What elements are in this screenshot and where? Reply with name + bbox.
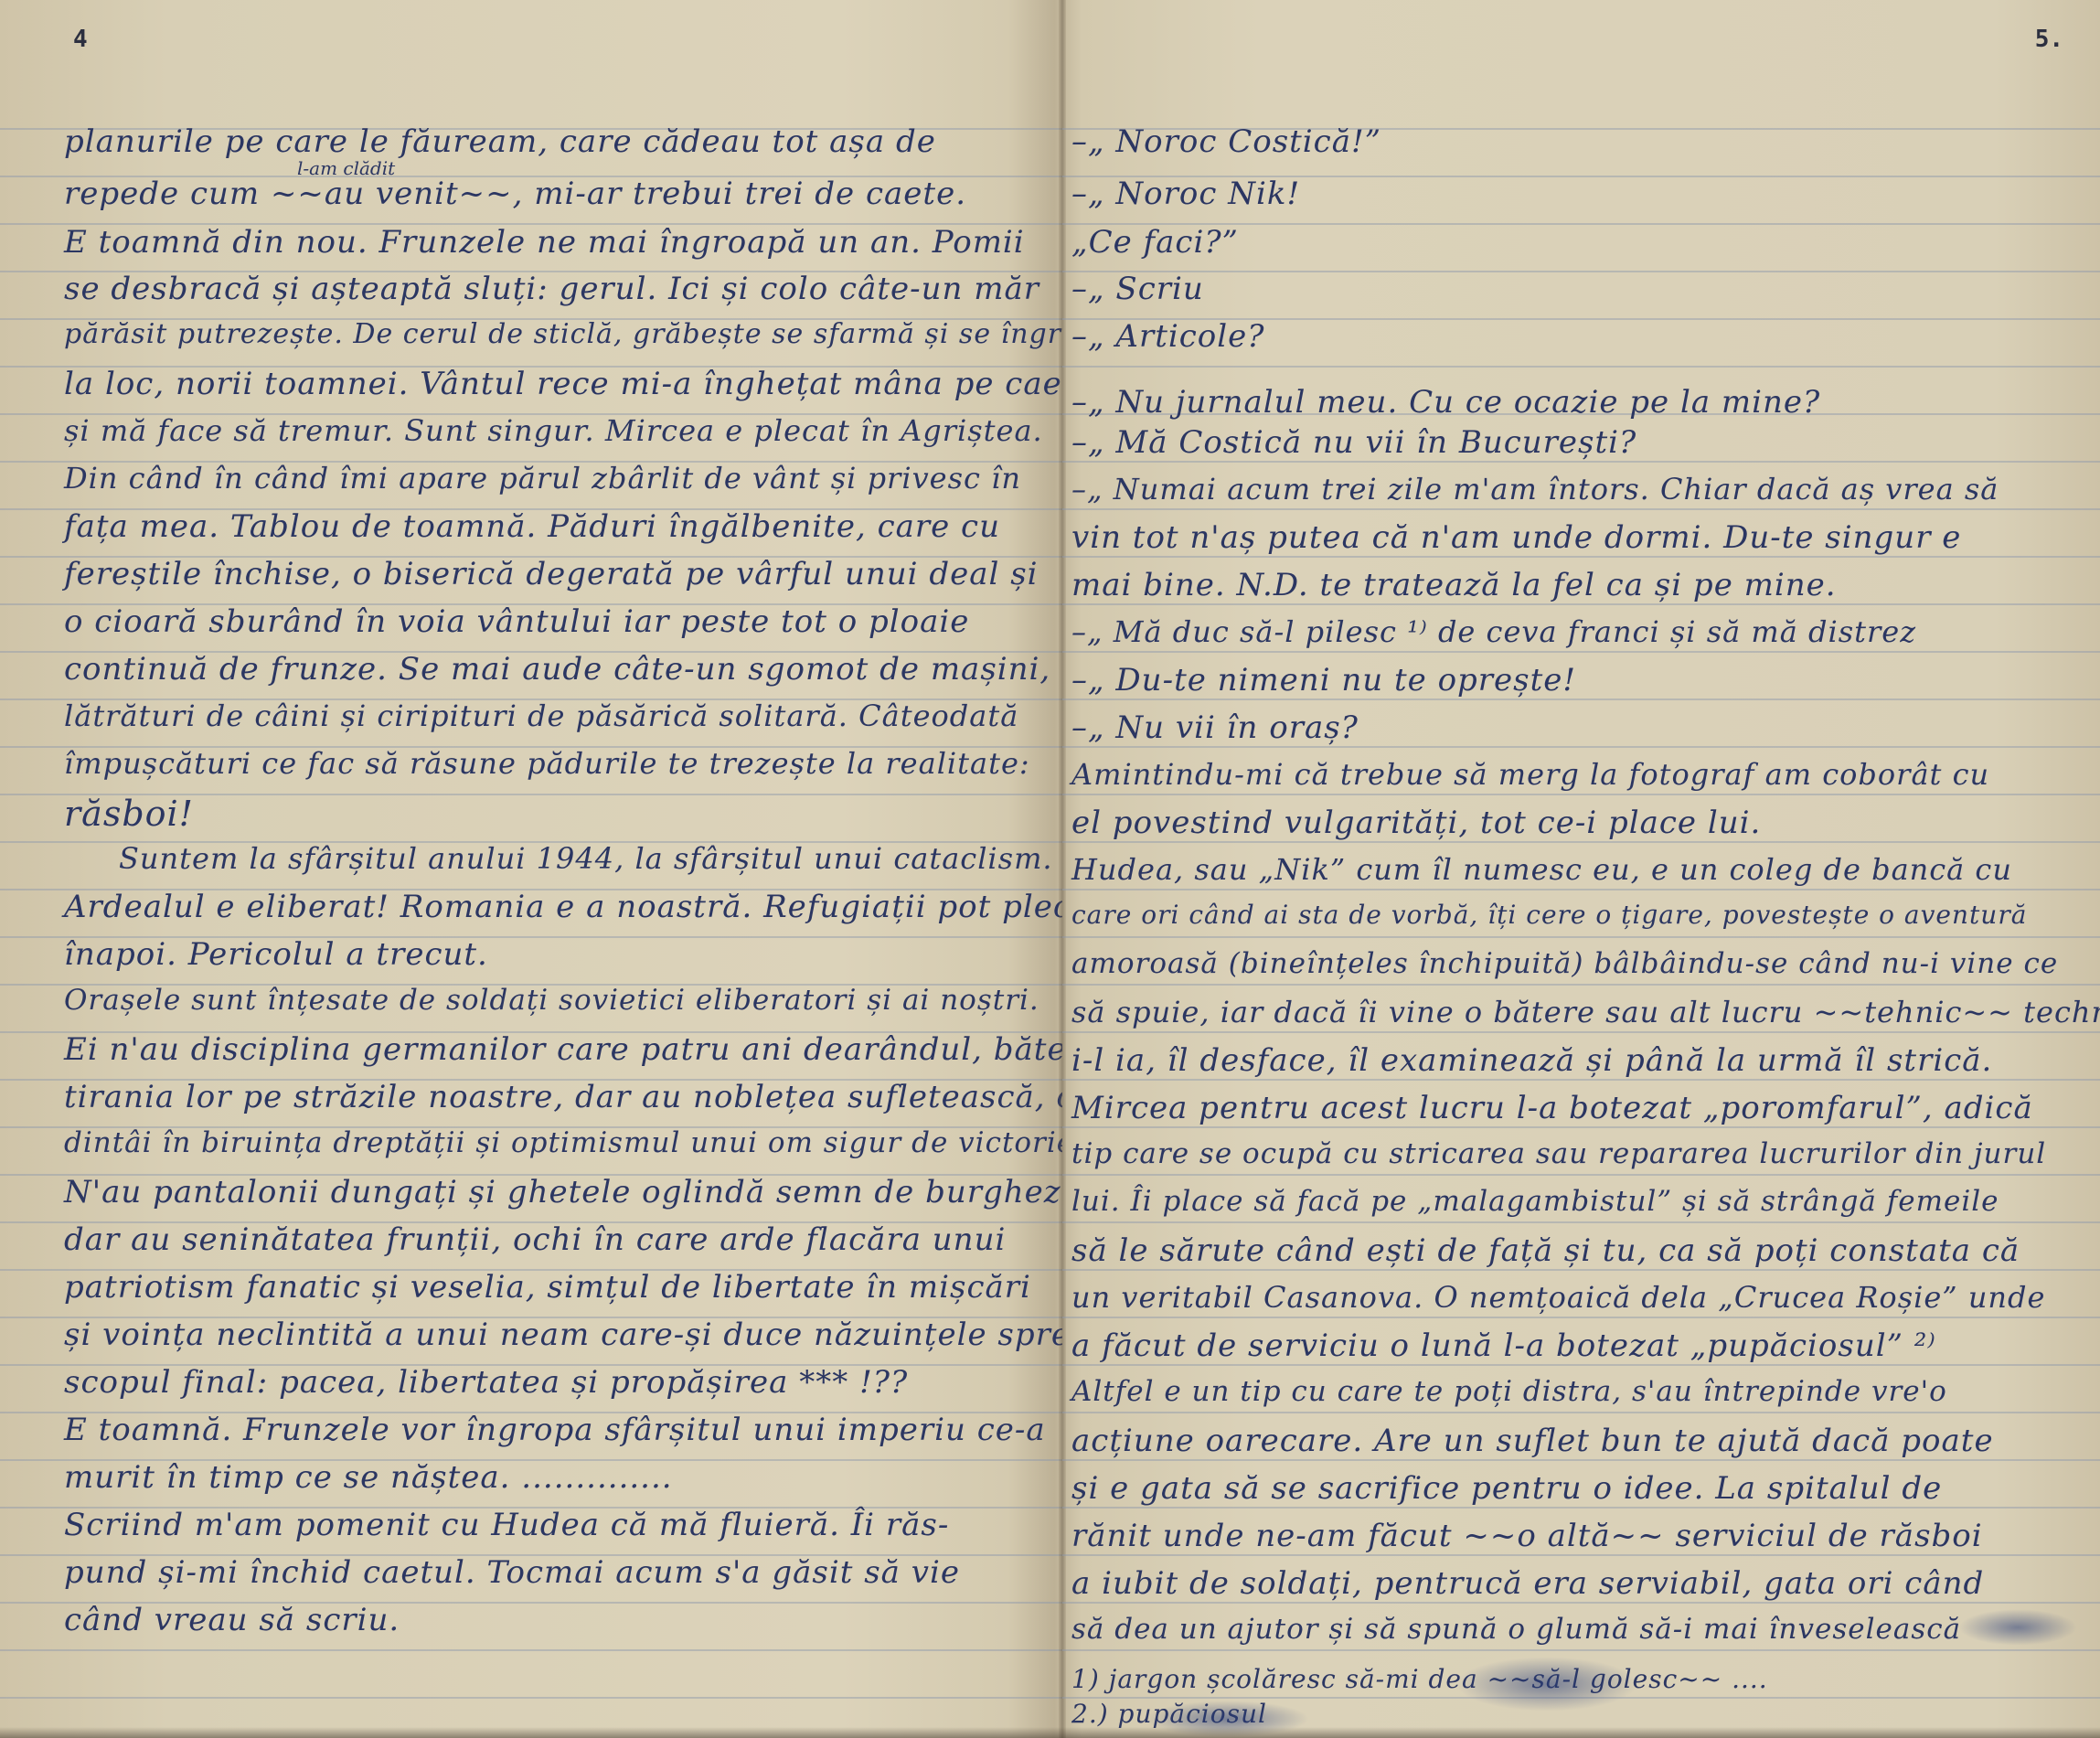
- page-number: 4: [73, 26, 88, 53]
- text-line: Orașele sunt înțesate de soldați sovieti…: [64, 984, 1039, 1017]
- text-line: repede cum ~~au venit~~, mi-ar trebui tr…: [64, 176, 966, 212]
- text-line: acțiune oarecare. Are un suflet bun te a…: [1071, 1423, 1994, 1459]
- text-line: Amintindu-mi că trebue să merg la fotogr…: [1071, 757, 1989, 792]
- text-line: a făcut de serviciu o lună l-a botezat „…: [1071, 1327, 1936, 1364]
- text-line: murit în timp ce se năștea. ............…: [64, 1459, 673, 1496]
- dialogue-line: –„ Mă Costică nu vii în București?: [1071, 424, 1636, 461]
- text-line: să spuie, iar dacă îi vine o bătere sau …: [1071, 995, 2100, 1029]
- dialogue-line: –„ Nu jurnalul meu. Cu ce ocazie pe la m…: [1071, 384, 1820, 421]
- ink-smudge: [1958, 1609, 2077, 1646]
- right-page: 5. –„ Noroc Costică!” –„ Noroc Nik! „Ce …: [1062, 0, 2100, 1738]
- dialogue-line: –„ Noroc Nik!: [1071, 176, 1300, 212]
- dialogue-line: –„ Articole?: [1071, 318, 1265, 355]
- text-line: și e gata să se sacrifice pentru o idee.…: [1071, 1470, 1942, 1507]
- ink-smudge: [1455, 1657, 1638, 1711]
- text-line: Mircea pentru acest lucru l-a botezat „p…: [1071, 1090, 2033, 1126]
- text-line: când vreau să scriu.: [64, 1602, 400, 1638]
- text-line: rănit unde ne-am făcut ~~o altă~~ servic…: [1071, 1518, 1983, 1554]
- dialogue-line: –„ Scriu: [1071, 271, 1204, 307]
- text-line: o cioară sburând în voia vântului iar pe…: [64, 603, 969, 640]
- text-line: scopul final: pacea, libertatea și propă…: [64, 1364, 908, 1401]
- text-line: E toamnă. Frunzele vor îngropa sfârșitul…: [64, 1412, 1046, 1448]
- text-line: și voința neclintită a unui neam care-și…: [64, 1317, 1062, 1353]
- text-line: el povestind vulgarități, tot ce-i place…: [1071, 805, 1761, 841]
- dialogue-line: mai bine. N.D. te tratează la fel ca și …: [1071, 567, 1837, 603]
- text-line: pund și-mi închid caetul. Tocmai acum s'…: [64, 1554, 960, 1591]
- text-line: dintâi în biruința dreptății și optimism…: [64, 1126, 1062, 1159]
- text-line: E toamnă din nou. Frunzele ne mai îngroa…: [64, 224, 1025, 261]
- dialogue-line: –„ Numai acum trei zile m'am întors. Chi…: [1071, 472, 1999, 506]
- text-line: N'au pantalonii dungați și ghetele oglin…: [64, 1174, 1062, 1210]
- text-line: răsboi!: [64, 794, 194, 834]
- text-line: fața mea. Tablou de toamnă. Păduri îngăl…: [64, 508, 1000, 545]
- text-line: lătrături de câini și ciripituri de păsă…: [64, 698, 1018, 733]
- text-line: dar au seninătatea frunții, ochi în care…: [64, 1221, 1006, 1258]
- dialogue-line: –„ Noroc Costică!”: [1071, 123, 1381, 160]
- text-line: care ori când ai sta de vorbă, îți cere …: [1071, 900, 2027, 930]
- text-line: i-l ia, îl desface, îl examinează și pân…: [1071, 1042, 1992, 1079]
- text-line: lui. Îi place să facă pe „malagambistul”…: [1071, 1185, 1999, 1218]
- text-line: tip care se ocupă cu stricarea sau repar…: [1071, 1137, 2046, 1170]
- text-line: amoroasă (bineînțeles închipuită) bâlbâi…: [1071, 947, 2058, 980]
- text-line: un veritabil Casanova. O nemțoaică dela …: [1071, 1280, 2045, 1315]
- text-line: împușcături ce fac să răsune pădurile te…: [64, 746, 1030, 781]
- left-page: 4 l-am clădit planurile pe care le făure…: [0, 0, 1062, 1738]
- text-line: și mă face să tremur. Sunt singur. Mirce…: [64, 413, 1043, 448]
- text-line: tirania lor pe străzile noastre, dar au …: [64, 1079, 1062, 1115]
- text-line: continuă de frunze. Se mai aude câte-un …: [64, 651, 1050, 688]
- dialogue-line: –„ Du-te nimeni nu te oprește!: [1071, 662, 1576, 698]
- dialogue-line: „Ce faci?”: [1071, 224, 1239, 261]
- dialogue-line: –„ Nu vii în oraș?: [1071, 709, 1359, 746]
- page-number: 5.: [2035, 26, 2063, 53]
- text-line: părăsit putrezește. De cerul de sticlă, …: [64, 318, 1062, 350]
- text-line: înapoi. Pericolul a trecut.: [64, 936, 488, 973]
- text-line: planurile pe care le făuream, care cădea…: [64, 123, 936, 160]
- text-line: Ei n'au disciplina germanilor care patru…: [64, 1031, 1062, 1068]
- dialogue-line: vin tot n'aș putea că n'am unde dormi. D…: [1071, 519, 1961, 556]
- text-line: Ardealul e eliberat! Romania e a noastră…: [64, 889, 1062, 925]
- notebook-spread: 4 l-am clădit planurile pe care le făure…: [0, 0, 2100, 1738]
- page-bottom-edge: [0, 1727, 2100, 1738]
- text-line: Din când în când îmi apare părul zbârlit…: [64, 461, 1021, 496]
- text-line: patriotism fanatic și veselia, simțul de…: [64, 1269, 1031, 1306]
- footnote: 1) jargon școlăresc să-mi dea ~~să-l gol…: [1071, 1664, 1768, 1694]
- text-line: să dea un ajutor și să spună o glumă să-…: [1071, 1613, 1961, 1646]
- dialogue-line: –„ Mă duc să-l pilesc ¹⁾ de ceva franci …: [1071, 614, 1916, 649]
- text-line: Altfel e un tip cu care te poți distra, …: [1071, 1375, 1947, 1408]
- text-line: Scriind m'am pomenit cu Hudea că mă flui…: [64, 1507, 949, 1543]
- text-line: fereștile închise, o biserică degerată p…: [64, 556, 1039, 592]
- text-line: Suntem la sfârșitul anului 1944, la sfâr…: [64, 841, 1053, 876]
- text-line: să le sărute când ești de față și tu, ca…: [1071, 1232, 2020, 1269]
- text-line: se desbracă și așteaptă sluți: gerul. Ic…: [64, 271, 1039, 307]
- text-line: la loc, norii toamnei. Vântul rece mi-a …: [64, 366, 1062, 402]
- text-line: a iubit de soldați, pentrucă era serviab…: [1071, 1565, 1984, 1602]
- text-line: Hudea, sau „Nik” cum îl numesc eu, e un …: [1071, 852, 2012, 887]
